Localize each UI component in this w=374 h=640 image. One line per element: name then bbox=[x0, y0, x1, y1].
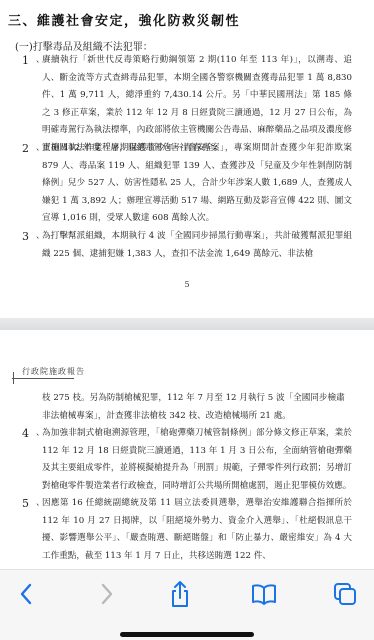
item-text: 為打擊幫派組織，本期執行 4 波「全國同步掃黑行動專案」，共計破獲幫派犯罪組織 … bbox=[42, 228, 352, 263]
item-separator: 、 bbox=[36, 52, 45, 70]
continuation-text: 枝 275 枝。另為防制槍械犯罪，112 年 7 月至 12 月執行 5 波「全… bbox=[42, 390, 352, 425]
home-indicator bbox=[120, 632, 254, 637]
item-separator: 、 bbox=[36, 228, 45, 246]
list-item-5: 5 、 因應第 16 任總統副總統及第 11 屆立法委員選舉，選舉治安維護聯合指… bbox=[22, 495, 352, 565]
bookmarks-button[interactable] bbox=[250, 580, 278, 608]
running-header: 行政院施政報告 bbox=[22, 366, 85, 377]
item-separator: 、 bbox=[36, 140, 45, 158]
item-separator: 、 bbox=[36, 425, 45, 443]
tabs-icon bbox=[333, 582, 357, 606]
forward-button[interactable] bbox=[93, 580, 121, 608]
chevron-left-icon bbox=[19, 583, 33, 605]
list-item-2: 2 、 實施 112 年度「暑期保護青少年－青春專案」，專案期間計查獲少年犯詐欺… bbox=[22, 140, 352, 228]
item-number: 4 bbox=[22, 425, 36, 443]
book-icon bbox=[251, 583, 277, 605]
subsection-heading: (一)打擊毒品及組織不法犯罪： bbox=[15, 38, 153, 53]
browser-toolbar bbox=[0, 569, 374, 640]
item-text: 實施 112 年度「暑期保護青少年－青春專案」，專案期間計查獲少年犯詐欺案 87… bbox=[42, 140, 352, 228]
tabs-button[interactable] bbox=[331, 580, 359, 608]
item-number: 1 bbox=[22, 52, 36, 70]
section-title: 三、維護社會安定，強化防救災韌性 bbox=[8, 10, 240, 29]
list-item-3: 3 、 為打擊幫派組織，本期執行 4 波「全國同步掃黑行動專案」，共計破獲幫派犯… bbox=[22, 228, 352, 263]
item-text: 因應第 16 任總統副總統及第 11 屆立法委員選舉，選舉治安維護聯合指揮所於 … bbox=[42, 495, 352, 565]
header-rule-horizontal bbox=[12, 378, 74, 379]
share-icon bbox=[169, 580, 191, 608]
item-number: 5 bbox=[22, 495, 36, 513]
list-item-4: 4 、 為加強非制式槍砲溯源管理，「槍砲彈藥刀械管制條例」部分條文修正草案，業於… bbox=[22, 425, 352, 495]
page-separator bbox=[0, 318, 374, 330]
item-number: 3 bbox=[22, 228, 36, 246]
document-page-6: 行政院施政報告 枝 275 枝。另為防制槍械犯罪，112 年 7 月至 12 月… bbox=[0, 330, 374, 580]
item-text: 為加強非制式槍砲溯源管理，「槍砲彈藥刀械管制條例」部分條文修正草案，業於 112… bbox=[42, 425, 352, 495]
item-number: 2 bbox=[22, 140, 36, 158]
page-number: 5 bbox=[0, 280, 374, 289]
item-separator: 、 bbox=[36, 495, 45, 513]
chevron-right-icon bbox=[100, 583, 114, 605]
back-button[interactable] bbox=[12, 580, 40, 608]
share-button[interactable] bbox=[166, 580, 194, 608]
document-page-5: 三、維護社會安定，強化防救災韌性 (一)打擊毒品及組織不法犯罪： 1 、 賡續執… bbox=[0, 0, 374, 318]
